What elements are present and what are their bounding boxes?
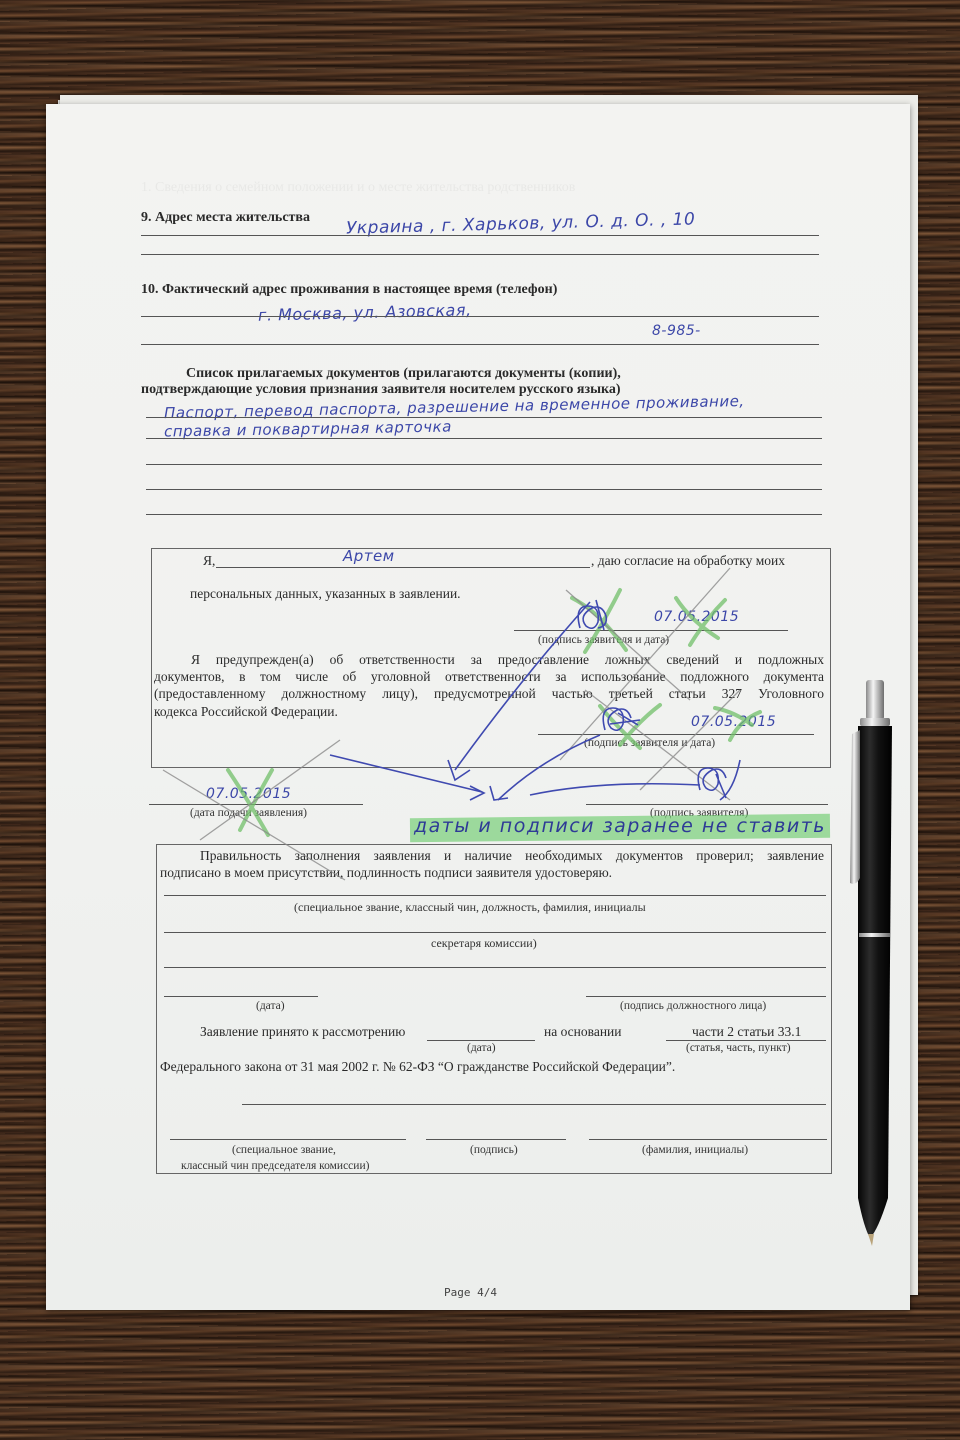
document-page: 1. Сведения о семейном положении и о мес… (46, 104, 910, 1310)
address-line-1 (141, 235, 819, 236)
actual-address-label: 10. Фактический адрес проживания в насто… (141, 282, 557, 298)
warning-date[interactable]: 07.05.2015 (691, 714, 776, 730)
accepted-basis-caption: (статья, часть, пункт) (686, 1042, 791, 1054)
official-line-2: подписано в моем присутствии, подлинност… (160, 865, 612, 881)
documents-line-1 (146, 417, 822, 418)
official-date-line (164, 996, 318, 997)
warning-line-3: (предоставленному должностному лицу), пр… (154, 686, 824, 702)
official-line-a (164, 895, 826, 896)
warning-line-1: Я предупрежден(а) об ответственности за … (154, 652, 824, 668)
documents-heading-1: Список прилагаемых документов (прилагают… (186, 366, 621, 382)
chair-caption-1: (специальное звание, (232, 1144, 336, 1156)
warning-line-2: документов, в том числе об уголовной отв… (154, 669, 824, 685)
actual-address-line-1 (141, 316, 819, 317)
consent-line-2: персональных данных, указанных в заявлен… (190, 586, 461, 602)
chair-sign-line (426, 1139, 566, 1140)
consent-caption: (подпись заявителя и дата) (538, 634, 669, 646)
chair-title-line (170, 1139, 406, 1140)
pen-barrel (858, 726, 892, 1238)
accepted-date-line (427, 1040, 535, 1041)
show-through-text: 1. Сведения о семейном положении и о мес… (141, 180, 575, 196)
documents-line-4 (146, 489, 822, 490)
consent-sign-line (514, 630, 788, 631)
documents-line-5 (146, 514, 822, 515)
accepted-basis: части 2 статьи 33.1 (692, 1024, 801, 1040)
ballpoint-pen (838, 678, 898, 1248)
pen-button (866, 680, 884, 720)
submission-date-line (149, 804, 363, 805)
accepted-date-caption: (дата) (467, 1042, 496, 1054)
official-caption-2: секретаря комиссии) (431, 936, 537, 951)
official-date-caption: (дата) (256, 1000, 285, 1012)
accepted-prefix: Заявление принято к рассмотрению (200, 1024, 405, 1040)
warning-sign-line (538, 734, 814, 735)
law-reference: Федерального закона от 31 мая 2002 г. № … (160, 1059, 675, 1075)
consent-suffix: , даю согласие на обработку моих (591, 553, 785, 569)
documents-line-2 (146, 438, 822, 439)
official-sign-line (586, 996, 826, 997)
chair-caption-2: классный чин председателя комиссии) (181, 1160, 369, 1172)
official-caption-1: (специальное звание, классный чин, должн… (294, 900, 646, 915)
warning-line-4: кодекса Российской Федерации. (154, 704, 338, 720)
chair-name-line (589, 1139, 827, 1140)
official-line-c (164, 967, 826, 968)
consent-date[interactable]: 07.05.2015 (654, 609, 739, 625)
accepted-basis-line (666, 1040, 826, 1041)
chair-sign-caption: (подпись) (470, 1144, 518, 1156)
note-text: даты и подписи заранее не ставить (414, 815, 826, 837)
address-line-2 (141, 254, 819, 255)
address-label: 9. Адрес места жительства (141, 210, 310, 226)
consent-name-line (216, 567, 590, 568)
pen-ring (859, 933, 890, 937)
chair-name-caption: (фамилия, инициалы) (642, 1144, 748, 1156)
page-number: Page 4/4 (444, 1286, 497, 1299)
documents-line-3 (146, 464, 822, 465)
submission-date-caption: (дата подачи заявления) (190, 807, 307, 819)
accepted-mid: на основании (544, 1024, 622, 1040)
submission-sign-line (586, 804, 828, 805)
actual-address-value[interactable]: г. Москва, ул. Азовская, (258, 300, 472, 325)
phone-value[interactable]: 8-985- (652, 323, 701, 339)
chair-line-top (242, 1104, 826, 1105)
consent-prefix: Я, (203, 553, 215, 569)
warning-caption: (подпись заявителя и дата) (584, 737, 715, 749)
official-sign-caption: (подпись должностного лица) (620, 1000, 766, 1012)
consent-name[interactable]: Артем (343, 547, 395, 565)
official-line-b (164, 932, 826, 933)
submission-date[interactable]: 07.05.2015 (206, 786, 291, 802)
pen-clip (850, 730, 860, 884)
official-line-1: Правильность заполнения заявления и нали… (160, 848, 824, 864)
pen-tip (868, 1234, 874, 1246)
actual-address-line-2 (141, 344, 819, 345)
